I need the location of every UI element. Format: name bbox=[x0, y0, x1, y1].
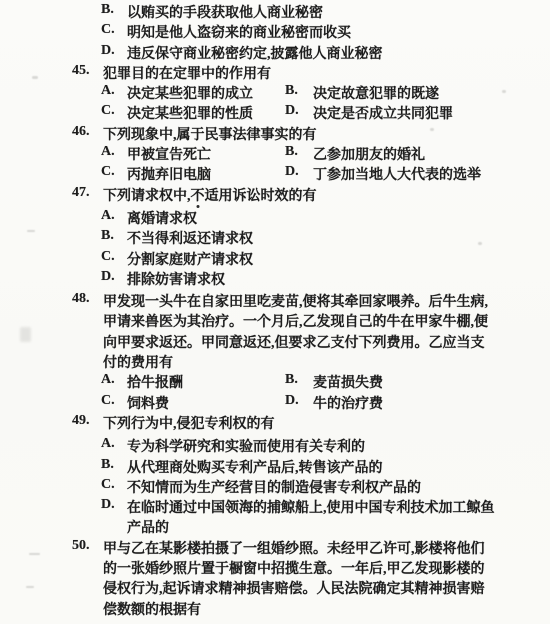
option-label: A. bbox=[101, 372, 115, 388]
option-label: B. bbox=[101, 2, 114, 18]
option-label: D. bbox=[285, 393, 299, 409]
question-stem: 下列现象中,属于民事法律事实的有 bbox=[103, 124, 317, 144]
option-text: 拾牛报酬 bbox=[127, 372, 183, 392]
option-label: C. bbox=[101, 393, 115, 409]
scan-artifact bbox=[32, 76, 38, 79]
q47-option-c: C. 分割家庭财产请求权 bbox=[0, 249, 550, 269]
q48-stem-line-1: 48. 甲发现一头牛在自家田里吃麦苗,便将其牵回家喂养。后牛生病, bbox=[0, 291, 550, 311]
q47-option-a: A. 离婚请求权 bbox=[0, 208, 550, 228]
q48-stem-line-2: 甲请来兽医为其治疗。一个月后,乙发现自己的牛在甲家牛棚,便 bbox=[0, 311, 550, 331]
question-stem: 偿数额的根据有 bbox=[103, 599, 201, 619]
q44-option-c: C. 明知是他人盗窃来的商业秘密而收买 bbox=[0, 22, 550, 42]
option-text: 甲被宣告死亡 bbox=[127, 144, 211, 164]
option-label: B. bbox=[101, 457, 114, 473]
question-stem: 下列请求权中,不适用诉讼时效的有 bbox=[103, 185, 317, 205]
option-label: D. bbox=[101, 43, 115, 59]
option-text: 明知是他人盗窃来的商业秘密而收买 bbox=[127, 22, 351, 42]
question-stem: 犯罪目的在定罪中的作用有 bbox=[103, 63, 271, 83]
option-text: 决定是否成立共同犯罪 bbox=[313, 103, 453, 123]
question-number: 45. bbox=[72, 63, 90, 79]
scan-artifact bbox=[29, 553, 40, 555]
option-text: 不当得利返还请求权 bbox=[127, 228, 253, 248]
option-text: 在临时通过中国领海的捕鲸船上,使用中国专利技术加工鲸鱼 bbox=[127, 497, 495, 517]
option-text: 牛的治疗费 bbox=[313, 393, 383, 413]
scan-artifact bbox=[502, 90, 506, 93]
option-label: B. bbox=[285, 144, 298, 160]
q45-options-ab: A. 决定某些犯罪的成立 B. 决定故意犯罪的既遂 bbox=[0, 83, 550, 103]
stem-text: 下列请求权中, bbox=[103, 189, 191, 204]
scan-artifact bbox=[478, 242, 482, 245]
scan-artifact bbox=[27, 230, 35, 232]
option-label: B. bbox=[285, 83, 298, 99]
emphasized-char: 不 bbox=[191, 185, 205, 205]
option-label: C. bbox=[101, 477, 115, 493]
q50-stem-line-3: 侵权行为,起诉请求精神损害赔偿。人民法院确定其精神损害赔 bbox=[0, 578, 550, 598]
q46-stem: 46. 下列现象中,属于民事法律事实的有 bbox=[0, 124, 550, 144]
q50-stem-line-4: 偿数额的根据有 bbox=[0, 599, 550, 619]
q49-option-c: C. 不知情而为生产经营目的制造侵害专利权产品的 bbox=[0, 477, 550, 497]
q48-options-ab: A. 拾牛报酬 B. 麦苗损失费 bbox=[0, 372, 550, 392]
q49-option-a: A. 专为科学研究和实验而使用有关专利的 bbox=[0, 436, 550, 456]
option-text: 决定某些犯罪的性质 bbox=[127, 103, 253, 123]
option-text: 产品的 bbox=[127, 517, 169, 537]
option-label: C. bbox=[101, 249, 115, 265]
option-text: 决定某些犯罪的成立 bbox=[127, 83, 253, 103]
question-stem: 付的费用有 bbox=[103, 352, 173, 372]
question-number: 46. bbox=[72, 124, 90, 140]
option-text: 分割家庭财产请求权 bbox=[127, 249, 253, 269]
scanned-exam-page: B. 以贿买的手段获取他人商业秘密 C. 明知是他人盗窃来的商业秘密而收买 D.… bbox=[0, 0, 550, 624]
option-text: 以贿买的手段获取他人商业秘密 bbox=[127, 2, 323, 22]
option-text: 排除妨害请求权 bbox=[127, 269, 225, 289]
q50-stem-line-1: 50. 甲与乙在某影楼拍摄了一组婚纱照。未经甲乙许可,影楼将他们 bbox=[0, 538, 550, 558]
option-text: 违反保守商业秘密约定,披露他人商业秘密 bbox=[127, 43, 383, 63]
option-text: 丙抛弃旧电脑 bbox=[127, 164, 211, 184]
option-label: A. bbox=[101, 144, 115, 160]
option-label: D. bbox=[101, 269, 115, 285]
question-stem: 甲与乙在某影楼拍摄了一组婚纱照。未经甲乙许可,影楼将他们 bbox=[103, 538, 485, 558]
question-stem: 的一张婚纱照片置于橱窗中招揽生意。一年后,甲乙发现影楼的 bbox=[103, 558, 485, 578]
question-stem: 向甲要求返还。甲同意返还,但要求乙支付下列费用。乙应当支 bbox=[103, 332, 485, 352]
option-text: 离婚请求权 bbox=[127, 208, 197, 228]
stem-text: 适用诉讼时效的有 bbox=[205, 189, 317, 204]
q47-stem: 47. 下列请求权中,不适用诉讼时效的有 bbox=[0, 185, 550, 205]
q44-option-b: B. 以贿买的手段获取他人商业秘密 bbox=[0, 2, 550, 22]
q48-options-cd: C. 饲料费 D. 牛的治疗费 bbox=[0, 393, 550, 413]
question-stem: 甲请来兽医为其治疗。一个月后,乙发现自己的牛在甲家牛棚,便 bbox=[103, 311, 488, 331]
option-label: C. bbox=[101, 103, 115, 119]
option-text: 从代理商处购买专利产品后,转售该产品的 bbox=[127, 457, 383, 477]
option-label: B. bbox=[101, 228, 114, 244]
option-text: 决定故意犯罪的既遂 bbox=[313, 83, 439, 103]
question-number: 49. bbox=[72, 413, 90, 429]
option-label: B. bbox=[285, 372, 298, 388]
option-label: D. bbox=[285, 164, 299, 180]
q47-option-d: D. 排除妨害请求权 bbox=[0, 269, 550, 289]
option-label: D. bbox=[285, 103, 299, 119]
question-stem: 下列行为中,侵犯专利权的有 bbox=[103, 413, 275, 433]
question-number: 48. bbox=[72, 291, 90, 307]
q46-options-cd: C. 丙抛弃旧电脑 D. 丁参加当地人大代表的选举 bbox=[0, 164, 550, 184]
q47-option-b: B. 不当得利返还请求权 bbox=[0, 228, 550, 248]
question-number: 50. bbox=[72, 538, 90, 554]
option-label: A. bbox=[101, 436, 115, 452]
option-text: 乙参加朋友的婚礼 bbox=[313, 144, 425, 164]
q49-option-b: B. 从代理商处购买专利产品后,转售该产品的 bbox=[0, 457, 550, 477]
option-label: A. bbox=[101, 83, 115, 99]
q48-stem-line-4: 付的费用有 bbox=[0, 352, 550, 372]
q48-stem-line-3: 向甲要求返还。甲同意返还,但要求乙支付下列费用。乙应当支 bbox=[0, 332, 550, 352]
scan-artifact bbox=[26, 586, 34, 588]
q49-option-d-continuation: 产品的 bbox=[0, 517, 550, 537]
option-text: 饲料费 bbox=[127, 393, 169, 413]
q49-stem: 49. 下列行为中,侵犯专利权的有 bbox=[0, 413, 550, 433]
q45-stem: 45. 犯罪目的在定罪中的作用有 bbox=[0, 63, 550, 83]
scan-artifact bbox=[430, 128, 434, 131]
option-label: A. bbox=[101, 208, 115, 224]
option-label: D. bbox=[101, 497, 115, 513]
option-text: 丁参加当地人大代表的选举 bbox=[313, 164, 481, 184]
option-text: 麦苗损失费 bbox=[313, 372, 383, 392]
option-label: C. bbox=[101, 22, 115, 38]
scan-artifact bbox=[20, 327, 31, 342]
question-number: 47. bbox=[72, 185, 90, 201]
q49-option-d: D. 在临时通过中国领海的捕鲸船上,使用中国专利技术加工鲸鱼 bbox=[0, 497, 550, 517]
q44-option-d: D. 违反保守商业秘密约定,披露他人商业秘密 bbox=[0, 43, 550, 63]
question-stem: 甲发现一头牛在自家田里吃麦苗,便将其牵回家喂养。后牛生病, bbox=[103, 291, 488, 311]
q50-stem-line-2: 的一张婚纱照片置于橱窗中招揽生意。一年后,甲乙发现影楼的 bbox=[0, 558, 550, 578]
question-stem: 侵权行为,起诉请求精神损害赔偿。人民法院确定其精神损害赔 bbox=[103, 578, 485, 598]
q45-options-cd: C. 决定某些犯罪的性质 D. 决定是否成立共同犯罪 bbox=[0, 103, 550, 123]
option-label: C. bbox=[101, 164, 115, 180]
option-text: 专为科学研究和实验而使用有关专利的 bbox=[127, 436, 365, 456]
q46-options-ab: A. 甲被宣告死亡 B. 乙参加朋友的婚礼 bbox=[0, 144, 550, 164]
option-text: 不知情而为生产经营目的制造侵害专利权产品的 bbox=[127, 477, 421, 497]
